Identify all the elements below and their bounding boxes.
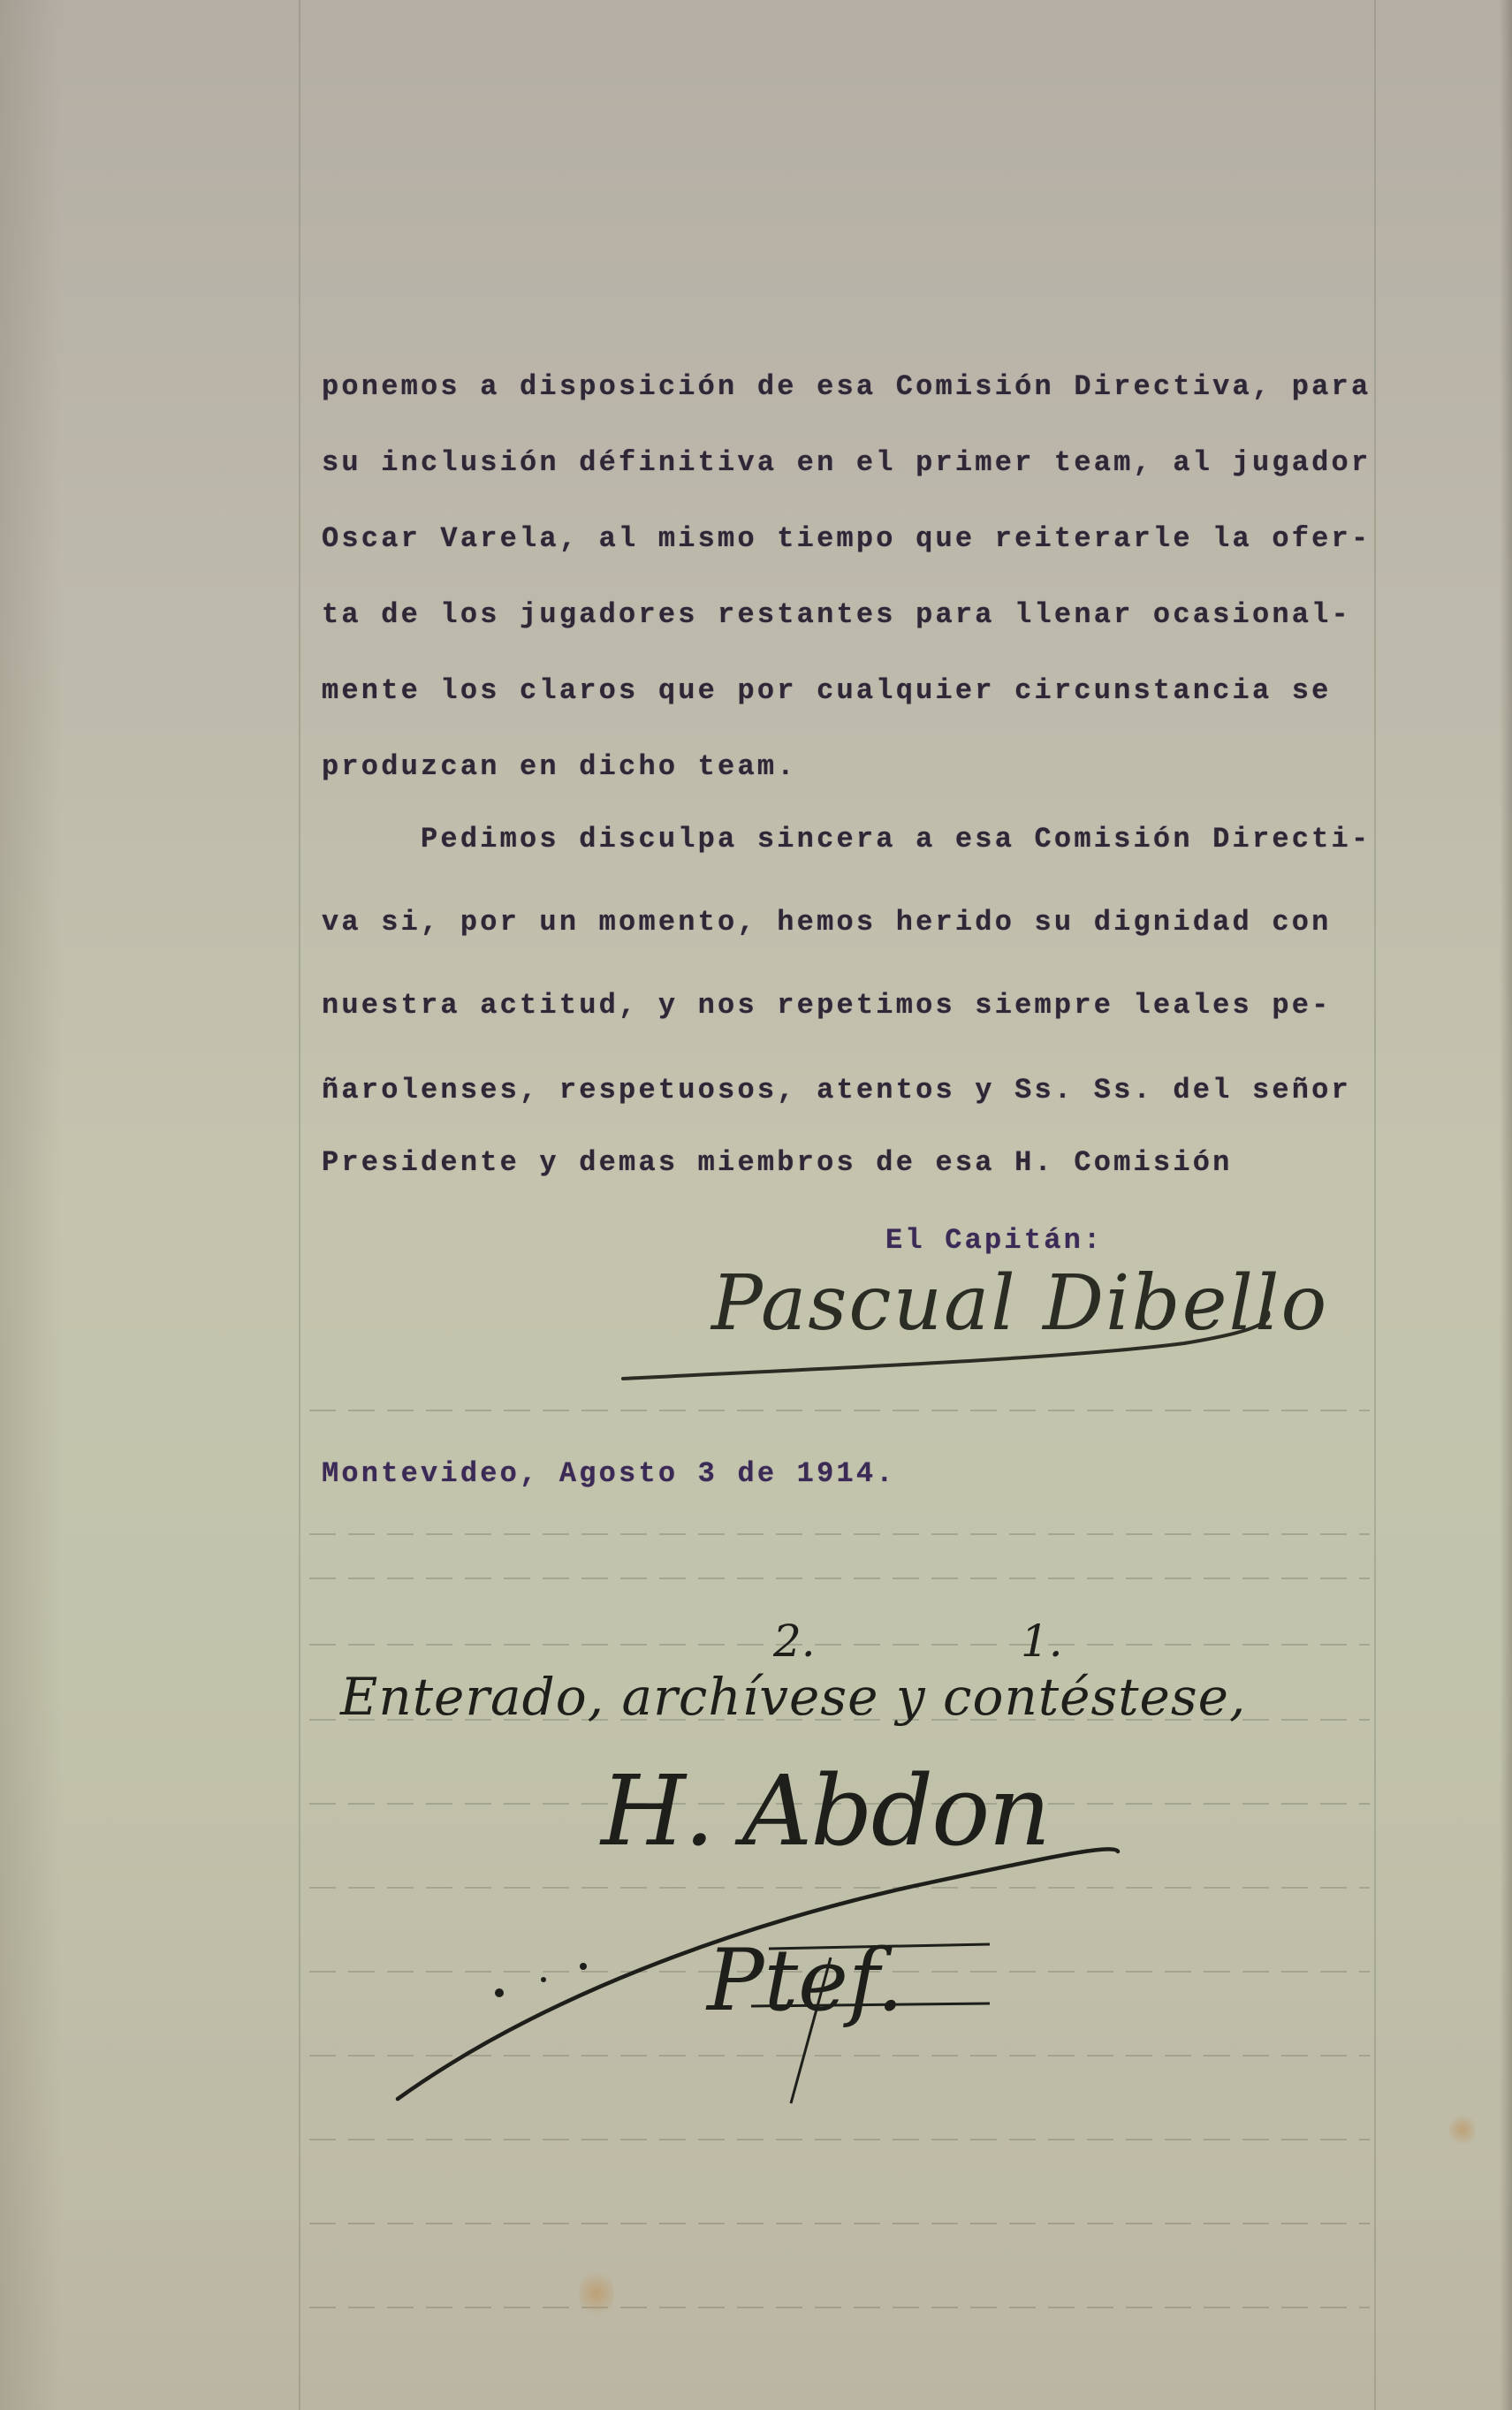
- body-line: ñarolenses, respetuosos, atentos y Ss. S…: [322, 1076, 1351, 1105]
- ruled-line: [309, 1410, 1370, 1411]
- title-strike-icon: [689, 1940, 1007, 2117]
- ruled-line: [309, 1533, 1370, 1535]
- ruled-line: [309, 1644, 1370, 1646]
- left-margin-line: [299, 0, 300, 2410]
- dateline: Montevideo, Agosto 3 de 1914.: [322, 1460, 896, 1488]
- body-line: va si, por un momento, hemos herido su d…: [322, 909, 1332, 937]
- body-line: produzcan en dicho team.: [322, 753, 797, 781]
- paper-stain: [1449, 2112, 1476, 2148]
- body-line: Pedimos disculpa sincera a esa Comisión …: [322, 825, 1371, 854]
- ruled-line: [309, 2223, 1370, 2224]
- body-line: mente los claros que por cualquier circu…: [322, 677, 1332, 705]
- right-margin-line: [1374, 0, 1376, 2410]
- body-line: ponemos a disposición de esa Comisión Di…: [322, 373, 1371, 401]
- body-line: nuestra actitud, y nos repetimos siempre…: [322, 992, 1332, 1020]
- ruled-line: [309, 2307, 1370, 2308]
- body-line: su inclusión définitiva en el primer tea…: [322, 449, 1371, 477]
- annotation-text: Enterado, archívese y contéstese,: [340, 1667, 1246, 1727]
- ruled-line: [309, 1578, 1370, 1579]
- document-page: ponemos a disposición de esa Comisión Di…: [0, 0, 1512, 2410]
- annotation-number: 2.: [773, 1616, 816, 1667]
- body-line: Presidente y demas miembros de esa H. Co…: [322, 1149, 1233, 1177]
- annotation-number: 1.: [1021, 1616, 1063, 1667]
- closing-title: El Capitán:: [885, 1227, 1103, 1255]
- body-line: ta de los jugadores restantes para llena…: [322, 601, 1351, 629]
- body-line: Oscar Varela, al mismo tiempo que reiter…: [322, 525, 1371, 553]
- page-edge-shadow: [1500, 0, 1512, 2410]
- ruled-line: [309, 2139, 1370, 2140]
- paper-stain: [579, 2267, 614, 2320]
- signature-flourish-icon: [619, 1308, 1290, 1396]
